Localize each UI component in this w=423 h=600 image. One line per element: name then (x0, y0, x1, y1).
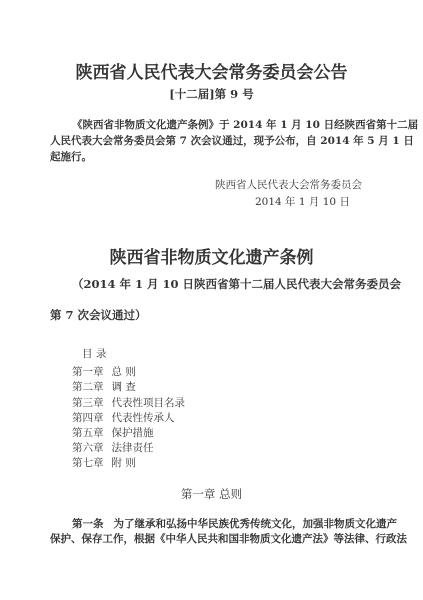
toc-item: 第三章代表性项目名录 (72, 395, 185, 410)
toc-chapter-name: 调 查 (112, 381, 136, 393)
toc-chapter: 第二章 (72, 381, 104, 393)
toc-chapter-name: 法律责任 (112, 442, 154, 454)
adoption-note-line: 第 7 次会议通过） (50, 307, 147, 323)
announcement-body-line: 《陕西省非物质文化遗产条例》于 2014 年 1 月 10 日经陕西省第十二届 (72, 117, 418, 132)
toc-chapter: 第六章 (72, 442, 104, 454)
toc-chapter-name: 代表性项目名录 (112, 397, 186, 409)
toc-item: 第一章总 则 (72, 364, 136, 379)
announcement-date: 2014 年 1 月 10 日 (255, 194, 350, 209)
toc-item: 第五章保护措施 (72, 425, 154, 440)
article-line: 第一条为了继承和弘扬中华民族优秀传统文化，加强非物质文化遗产 (72, 516, 397, 531)
toc-chapter: 第三章 (72, 397, 104, 409)
toc-chapter-name: 保护措施 (112, 427, 154, 439)
article-label: 第一条 (72, 518, 104, 530)
announcement-number: [十二届]第 9 号 (0, 86, 423, 102)
announcement-signature: 陕西省人民代表大会常务委员会 (215, 177, 362, 192)
article-line: 保护、保存工作，根据《中华人民共和国非物质文化遗产法》等法律、行政法 (50, 531, 407, 546)
toc-chapter-name: 附 则 (112, 457, 136, 469)
toc-item: 第四章代表性传承人 (72, 410, 175, 425)
toc-chapter: 第一章 (72, 366, 104, 378)
toc-chapter: 第四章 (72, 412, 104, 424)
toc-chapter: 第七章 (72, 457, 104, 469)
toc-chapter: 第五章 (72, 427, 104, 439)
announcement-title: 陕西省人民代表大会常务委员会公告 (0, 58, 423, 83)
toc-chapter-name: 代表性传承人 (112, 412, 175, 424)
toc-chapter-name: 总 则 (112, 366, 136, 378)
adoption-note-line: （2014 年 1 月 10 日陕西省第十二届人民代表大会常务委员会 (72, 276, 401, 292)
article-text: 为了继承和弘扬中华民族优秀传统文化，加强非物质文化遗产 (114, 518, 398, 530)
toc-item: 第七章附 则 (72, 455, 136, 470)
toc-item: 第二章调 查 (72, 379, 136, 394)
announcement-body-line: 人民代表大会常务委员会第 7 次会议通过，现予公布，自 2014 年 5 月 1… (50, 133, 414, 148)
toc-item: 第六章法律责任 (72, 440, 154, 455)
regulation-title: 陕西省非物质文化遗产条例 (0, 243, 423, 268)
announcement-body-line: 起施行。 (50, 149, 92, 164)
toc-heading: 目 录 (82, 346, 106, 361)
chapter-heading: 第一章 总则 (0, 486, 423, 502)
